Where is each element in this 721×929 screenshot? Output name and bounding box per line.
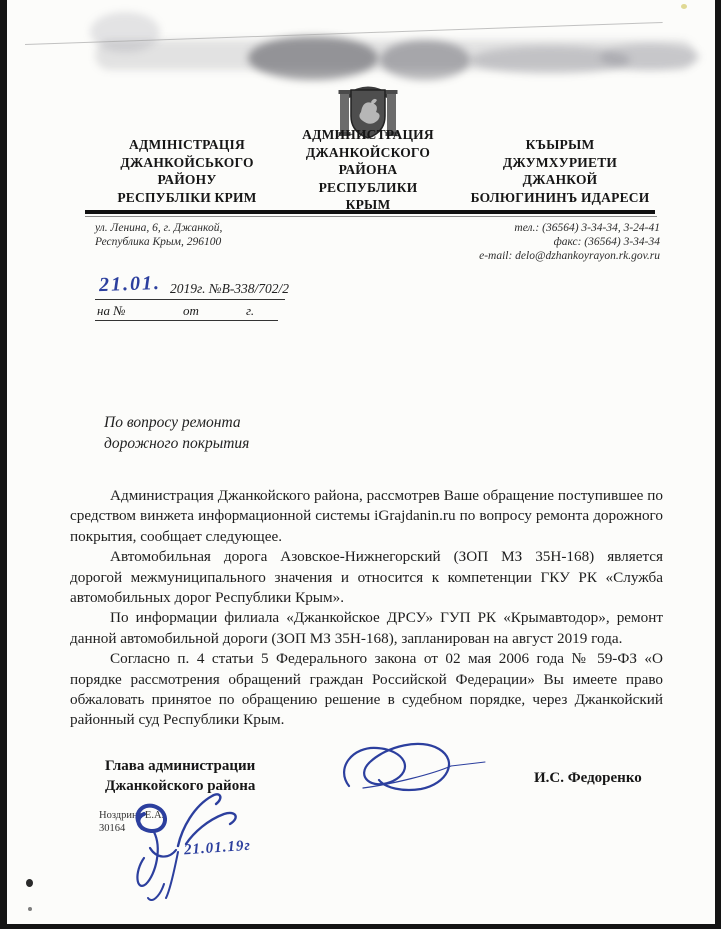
subject-line: По вопросу ремонта [104,412,249,433]
org-line: ДЖАНКОЙСЬКОГО [92,154,282,172]
scan-edge-left [0,0,7,929]
org-line: ДЖАНКОЙ [458,171,662,189]
letter-body: Администрация Джанкойского района, рассм… [70,486,663,731]
body-paragraph: Администрация Джанкойского района, рассм… [70,486,663,547]
org-line: РЕСПУБЛИКИ [284,179,452,197]
scanned-letter-page: АДМІНІСТРАЦІЯ ДЖАНКОЙСЬКОГО РАЙОНУ РЕСПУ… [0,0,721,929]
org-line: БОЛЮГИНИНЪ ИДАРЕСИ [458,189,662,207]
letterhead-contacts: тел.: (36564) 3-34-34, 3-24-41 факс: (36… [330,221,660,263]
body-paragraph: Согласно п. 4 статьи 5 Федерального зако… [70,649,663,731]
phone-line: тел.: (36564) 3-34-34, 3-24-41 [330,221,660,235]
letterhead-org-ukrainian: АДМІНІСТРАЦІЯ ДЖАНКОЙСЬКОГО РАЙОНУ РЕСПУ… [92,136,282,206]
scan-smudge [90,12,160,52]
letterhead-divider [85,210,655,214]
position-line: Глава администрации [105,756,255,776]
reply-from-label: от [183,303,199,319]
letterhead-divider-thin [85,216,657,217]
subject-line: дорожного покрытия [104,433,249,454]
reply-to-label: на № [97,303,125,319]
body-paragraph: По информации филиала «Джанкойское ДРСУ»… [70,608,663,649]
scan-speck [681,4,687,9]
org-line: КЪЫРЫМ [458,136,662,154]
signer-name: И.С. Федоренко [534,770,642,787]
body-paragraph: Автомобильная дорога Азовское-Нижнегорск… [70,547,663,608]
email-line: e-mail: delo@dzhankoyrayon.rk.gov.ru [330,249,660,263]
scan-smudge [380,40,470,80]
org-line: АДМІНІСТРАЦІЯ [92,136,282,154]
reply-year-label: г. [246,303,254,319]
scan-edge-bottom [0,924,721,929]
scan-speck [26,879,33,887]
letter-subject: По вопросу ремонта дорожного покрытия [104,412,249,454]
address-line: Республика Крым, 296100 [95,235,315,249]
scan-smudge [600,44,700,70]
signature-ink [333,736,493,811]
org-line: РАЙОНУ [92,171,282,189]
scan-edge-right [715,0,721,929]
fax-line: факс: (36564) 3-34-34 [330,235,660,249]
letterhead-org-crimean-tatar: КЪЫРЫМ ДЖУМХУРИЕТИ ДЖАНКОЙ БОЛЮГИНИНЪ ИД… [458,136,662,206]
org-line: РЕСПУБЛІКИ КРИМ [92,189,282,207]
handwritten-date: 21.01. [99,272,162,297]
reference-underline [95,320,278,321]
letterhead-org-russian: АДМИНИСТРАЦИЯ ДЖАНКОЙСКОГО РАЙОНА РЕСПУБ… [284,126,452,214]
reference-underline [95,299,285,300]
scan-speck [28,907,32,911]
outgoing-number: 2019г. №В-338/702/2 [170,281,289,297]
org-line: ДЖУМХУРИЕТИ [458,154,662,172]
address-line: ул. Ленина, 6, г. Джанкой, [95,221,315,235]
org-line: ДЖАНКОЙСКОГО [284,144,452,162]
scan-smudge [248,36,378,80]
org-line: РАЙОНА [284,161,452,179]
letterhead-address: ул. Ленина, 6, г. Джанкой, Республика Кр… [95,221,315,249]
org-line: АДМИНИСТРАЦИЯ [284,126,452,144]
